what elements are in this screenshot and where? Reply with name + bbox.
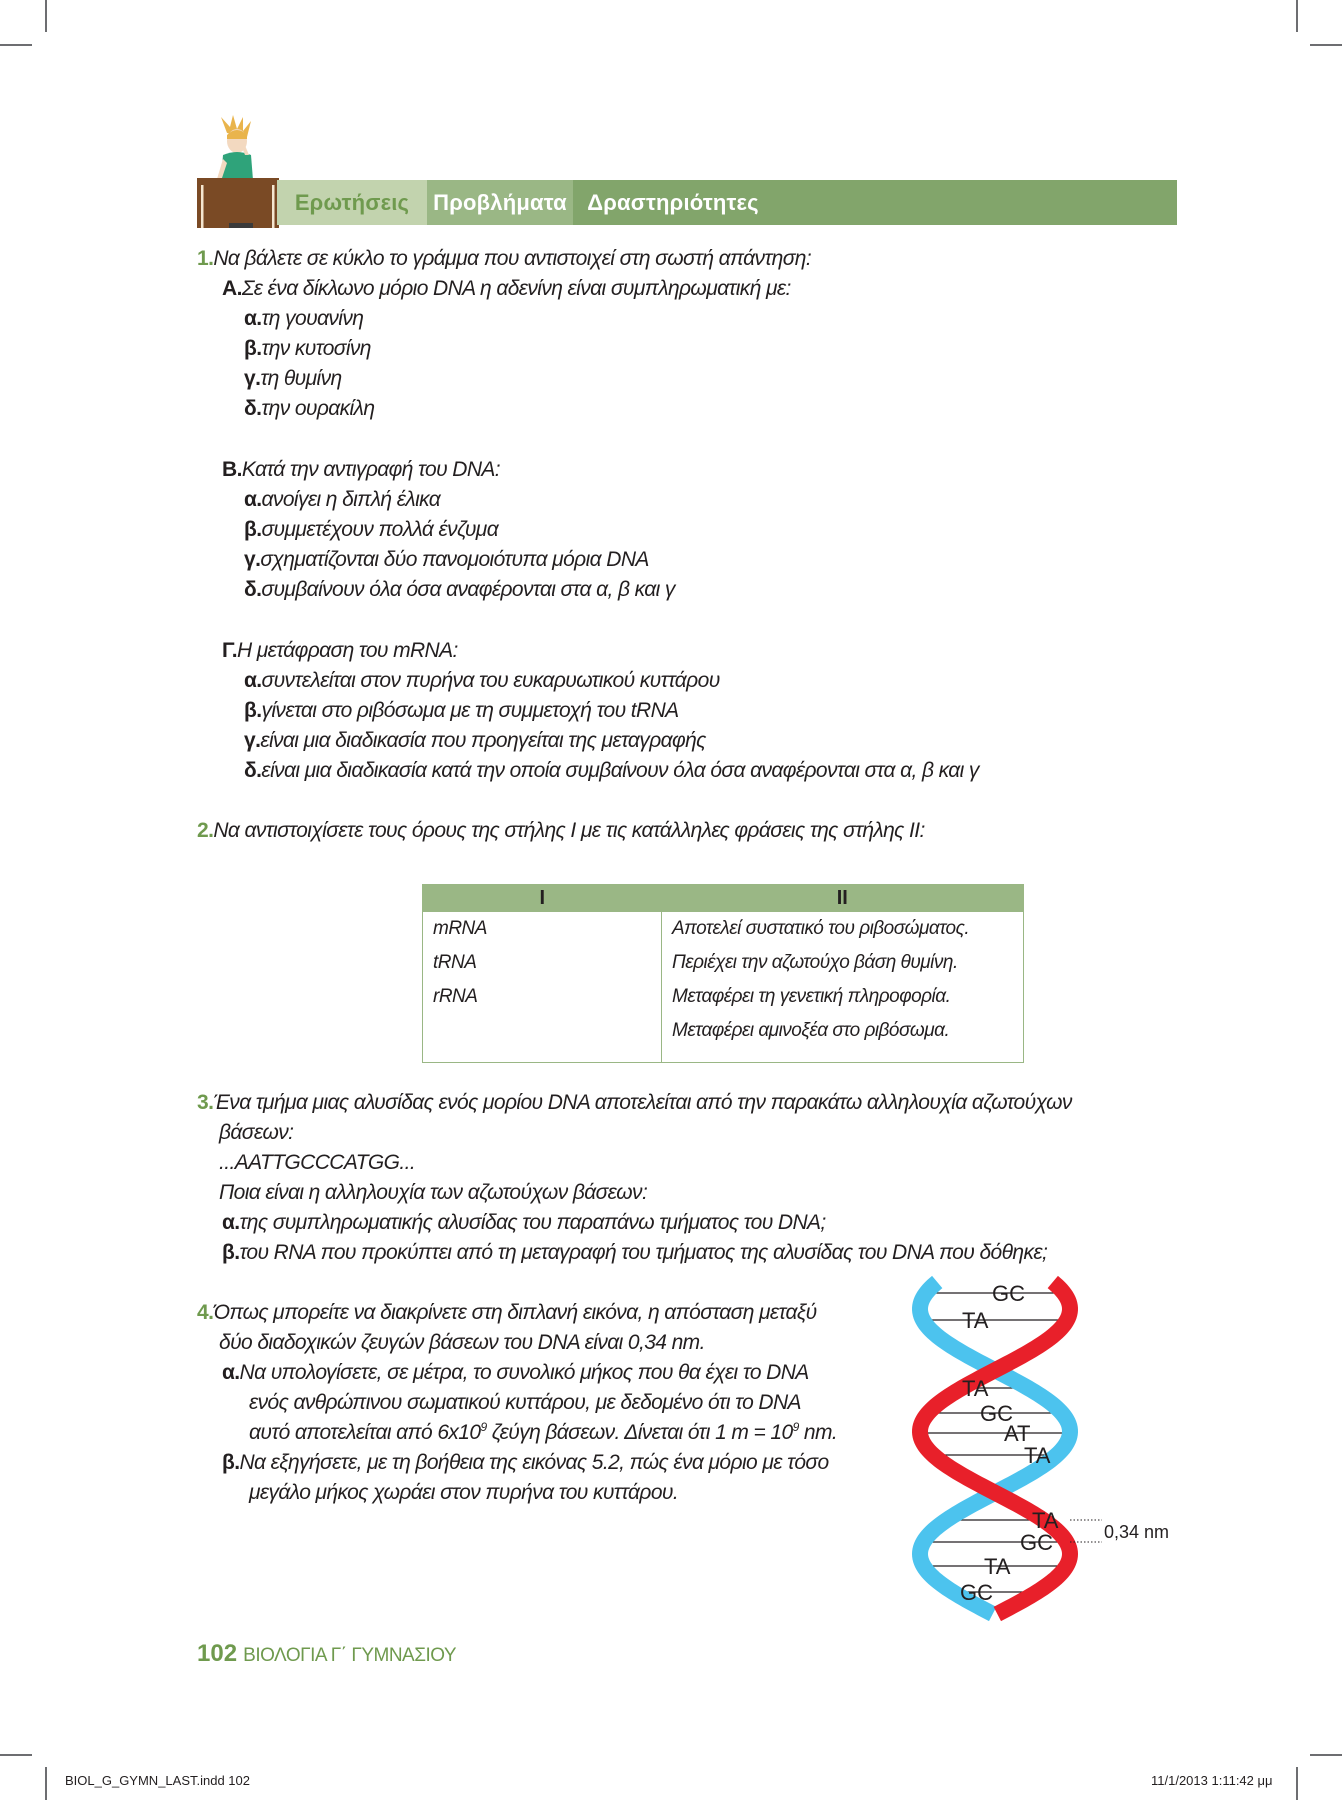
- dna-sequence: ...AATTGCCCATGG...: [219, 1151, 415, 1174]
- base-pair-label: TA: [962, 1376, 989, 1401]
- option-label: δ.: [244, 578, 261, 601]
- column-header-1: Ι: [423, 885, 662, 913]
- option-text: Να εξηγήσετε, με τη βοήθεια της εικόνας …: [239, 1451, 828, 1474]
- table-row: rRNAΜεταφέρει τη γενετική πληροφορία.: [423, 980, 1024, 1014]
- tab-problems[interactable]: Προβλήματα: [427, 180, 573, 225]
- option-text: συμμετέχουν πολλά ένζυμα: [261, 518, 498, 541]
- option-text: συμβαίνουν όλα όσα αναφέρονται στα α, β …: [261, 578, 674, 601]
- answer-option-line: μεγάλο μήκος χωράει στον πυρήνα του κυττ…: [249, 1478, 678, 1508]
- option-text: ζεύγη βάσεων. Δίνεται ότι 1 m = 10: [487, 1421, 793, 1444]
- question-3-prompt: 3.Ένα τμήμα μιας αλυσίδας ενός μορίου DN…: [197, 1088, 1072, 1118]
- answer-option: β.του RNA που προκύπτει από τη μεταγραφή…: [222, 1238, 1047, 1268]
- answer-option: γ.σχηματίζονται δύο πανομοιότυπα μόρια D…: [244, 545, 649, 575]
- matching-table: Ι ΙΙ mRNAΑποτελεί συστατικό του ριβοσώμα…: [422, 884, 1024, 1063]
- question-4-prompt: 4.Όπως μπορείτε να διακρίνετε στη διπλαν…: [197, 1298, 817, 1328]
- page-footer: 102 ΒΙΟΛΟΓΙΑ Γ΄ ΓΥΜΝΑΣΙΟΥ: [197, 1640, 456, 1668]
- book-title: ΒΙΟΛΟΓΙΑ Γ΄ ΓΥΜΝΑΣΙΟΥ: [243, 1645, 456, 1666]
- option-text: της συμπληρωματικής αλυσίδας του παραπάν…: [240, 1211, 826, 1234]
- option-text: γίνεται στο ριβόσωμα με τη συμμετοχή του…: [261, 699, 678, 722]
- option-label: α.: [244, 307, 262, 330]
- question-number: 2.: [197, 819, 213, 842]
- part-stem: Σε ένα δίκλωνο μόριο DNA η αδενίνη είναι…: [242, 277, 791, 300]
- part-label: Β.: [222, 458, 242, 481]
- answer-option: α.Να υπολογίσετε, σε μέτρα, το συνολικό …: [222, 1358, 809, 1388]
- base-pair-label: GC: [960, 1580, 993, 1605]
- term-cell: rRNA: [423, 980, 662, 1014]
- measurement-label: 0,34 nm: [1104, 1522, 1169, 1542]
- section-header-bar: Ερωτήσεις Προβλήματα Δραστηριότητες: [277, 180, 1177, 225]
- crop-mark: [1310, 1754, 1342, 1756]
- answer-option: β.Να εξηγήσετε, με τη βοήθεια της εικόνα…: [222, 1448, 829, 1478]
- option-label: γ.: [244, 548, 260, 571]
- option-label: γ.: [244, 367, 260, 390]
- answer-option: α.της συμπληρωματικής αλυσίδας του παραπ…: [222, 1208, 826, 1238]
- prompt-text: Ένα τμήμα μιας αλυσίδας ενός μορίου DNA …: [213, 1091, 1071, 1114]
- option-text: αυτό αποτελείται από 6x10: [249, 1421, 480, 1444]
- option-text: είναι μια διαδικασία που προηγείται της …: [260, 729, 705, 752]
- part-label: Α.: [222, 277, 242, 300]
- answer-option: δ.συμβαίνουν όλα όσα αναφέρονται στα α, …: [244, 575, 675, 605]
- option-text: την κυτοσίνη: [261, 337, 370, 360]
- part-stem: Κατά την αντιγραφή του DNA:: [242, 458, 500, 481]
- option-label: β.: [222, 1241, 239, 1264]
- crop-mark: [1296, 0, 1298, 32]
- option-label: β.: [244, 518, 261, 541]
- base-pair-label: GC: [992, 1281, 1025, 1306]
- answer-option-line: αυτό αποτελείται από 6x109 ζεύγη βάσεων.…: [249, 1418, 837, 1448]
- option-text: σχηματίζονται δύο πανομοιότυπα μόρια DNA: [260, 548, 648, 571]
- part-stem: Η μετάφραση του mRNA:: [237, 639, 458, 662]
- base-pair-label: TA: [984, 1554, 1011, 1579]
- spacer: [662, 1048, 1024, 1063]
- option-label: δ.: [244, 759, 261, 782]
- tab-questions[interactable]: Ερωτήσεις: [277, 180, 427, 225]
- question-1-part-3: Γ.Η μετάφραση του mRNA:: [222, 636, 458, 666]
- answer-option: γ.είναι μια διαδικασία που προηγείται τη…: [244, 726, 706, 756]
- phrase-cell: Μεταφέρει αμινοξέα στο ριβόσωμα.: [662, 1014, 1024, 1048]
- table-row: Μεταφέρει αμινοξέα στο ριβόσωμα.: [423, 1014, 1024, 1048]
- question-3-line: ...AATTGCCCATGG...: [219, 1148, 415, 1178]
- answer-option: α.ανοίγει η διπλή έλικα: [244, 485, 440, 515]
- option-label: α.: [244, 488, 262, 511]
- prompt-text: δύο διαδοχικών ζευγών βάσεων του DNA είν…: [219, 1331, 705, 1354]
- question-number: 1.: [197, 247, 213, 270]
- prompt-text: Να αντιστοιχίσετε τους όρους της στήλης …: [213, 819, 924, 842]
- print-slug-timestamp: 11/1/2013 1:11:42 μμ: [1151, 1773, 1272, 1788]
- prompt-text: Ποια είναι η αλληλουχία των αζωτούχων βά…: [219, 1181, 647, 1204]
- spacer: [423, 1048, 662, 1063]
- tab-activities[interactable]: Δραστηριότητες: [573, 180, 773, 225]
- question-2-prompt: 2.Να αντιστοιχίσετε τους όρους της στήλη…: [197, 816, 925, 846]
- column-header-2: ΙΙ: [662, 885, 1024, 913]
- option-label: γ.: [244, 729, 260, 752]
- question-1-part-2: Β.Κατά την αντιγραφή του DNA:: [222, 455, 500, 485]
- option-text: ανοίγει η διπλή έλικα: [262, 488, 441, 511]
- answer-option-line: ενός ανθρώπινου σωματικού κυττάρου, με δ…: [249, 1388, 801, 1418]
- option-text: του RNA που προκύπτει από τη μεταγραφή τ…: [239, 1241, 1047, 1264]
- option-label: α.: [222, 1211, 240, 1234]
- option-label: β.: [244, 699, 261, 722]
- crop-mark: [1296, 1767, 1298, 1800]
- question-1-part-1: Α.Σε ένα δίκλωνο μόριο DNA η αδενίνη είν…: [222, 274, 791, 304]
- answer-option: α.συντελείται στον πυρήνα του ευκαρυωτικ…: [244, 666, 720, 696]
- table-row: mRNAΑποτελεί συστατικό του ριβοσώματος.: [423, 912, 1024, 946]
- answer-option: δ.την ουρακίλη: [244, 394, 374, 424]
- question-number: 4.: [197, 1301, 213, 1324]
- option-label: α.: [222, 1361, 240, 1384]
- option-label: β.: [222, 1451, 239, 1474]
- answer-option: γ.τη θυμίνη: [244, 364, 342, 394]
- option-text: Να υπολογίσετε, σε μέτρα, το συνολικό μή…: [240, 1361, 809, 1384]
- answer-option: δ.είναι μια διαδικασία κατά την οποία συ…: [244, 756, 979, 786]
- option-text: την ουρακίλη: [261, 397, 374, 420]
- crop-mark: [45, 1767, 47, 1800]
- question-4-line: δύο διαδοχικών ζευγών βάσεων του DNA είν…: [219, 1328, 705, 1358]
- print-slug-filename: BIOL_G_GYMN_LAST.indd 102: [65, 1773, 250, 1788]
- option-text: μεγάλο μήκος χωράει στον πυρήνα του κυττ…: [249, 1481, 678, 1504]
- prompt-text: Όπως μπορείτε να διακρίνετε στη διπλανή …: [213, 1301, 816, 1324]
- crop-mark: [45, 0, 47, 32]
- option-label: α.: [244, 669, 262, 692]
- option-text: συντελείται στον πυρήνα του ευκαρυωτικού…: [262, 669, 720, 692]
- term-cell: tRNA: [423, 946, 662, 980]
- page-number: 102: [197, 1640, 237, 1667]
- answer-option: β.γίνεται στο ριβόσωμα με τη συμμετοχή τ…: [244, 696, 679, 726]
- student-at-desk-icon: [197, 115, 279, 230]
- crop-mark: [1310, 44, 1342, 46]
- option-text: nm.: [799, 1421, 837, 1444]
- crop-mark: [0, 44, 32, 46]
- prompt-text: Να βάλετε σε κύκλο το γράμμα που αντιστο…: [213, 247, 811, 270]
- option-text: τη γουανίνη: [262, 307, 364, 330]
- prompt-text: βάσεων:: [219, 1121, 293, 1144]
- option-text: ενός ανθρώπινου σωματικού κυττάρου, με δ…: [249, 1391, 801, 1414]
- table-row: tRNAΠεριέχει την αζωτούχο βάση θυμίνη.: [423, 946, 1024, 980]
- option-text: είναι μια διαδικασία κατά την οποία συμβ…: [261, 759, 978, 782]
- question-1-prompt: 1.Να βάλετε σε κύκλο το γράμμα που αντισ…: [197, 244, 811, 274]
- answer-option: α.τη γουανίνη: [244, 304, 363, 334]
- answer-option: β.την κυτοσίνη: [244, 334, 371, 364]
- phrase-cell: Περιέχει την αζωτούχο βάση θυμίνη.: [662, 946, 1024, 980]
- question-3-line: Ποια είναι η αλληλουχία των αζωτούχων βά…: [219, 1178, 647, 1208]
- base-pair-label: GC: [1020, 1530, 1053, 1555]
- answer-option: β.συμμετέχουν πολλά ένζυμα: [244, 515, 498, 545]
- question-number: 3.: [197, 1091, 213, 1114]
- term-cell: [423, 1014, 662, 1048]
- crop-mark: [0, 1754, 32, 1756]
- option-label: δ.: [244, 397, 261, 420]
- phrase-cell: Μεταφέρει τη γενετική πληροφορία.: [662, 980, 1024, 1014]
- base-pair-label: TA: [962, 1308, 989, 1333]
- base-pair-label: TA: [1024, 1443, 1051, 1468]
- dna-double-helix-figure: GCTATAGCATTATAGCTAGC0,34 nm: [900, 1270, 1200, 1630]
- phrase-cell: Αποτελεί συστατικό του ριβοσώματος.: [662, 912, 1024, 946]
- term-cell: mRNA: [423, 912, 662, 946]
- option-label: β.: [244, 337, 261, 360]
- part-label: Γ.: [222, 639, 237, 662]
- option-text: τη θυμίνη: [260, 367, 341, 390]
- question-3-line: βάσεων:: [219, 1118, 293, 1148]
